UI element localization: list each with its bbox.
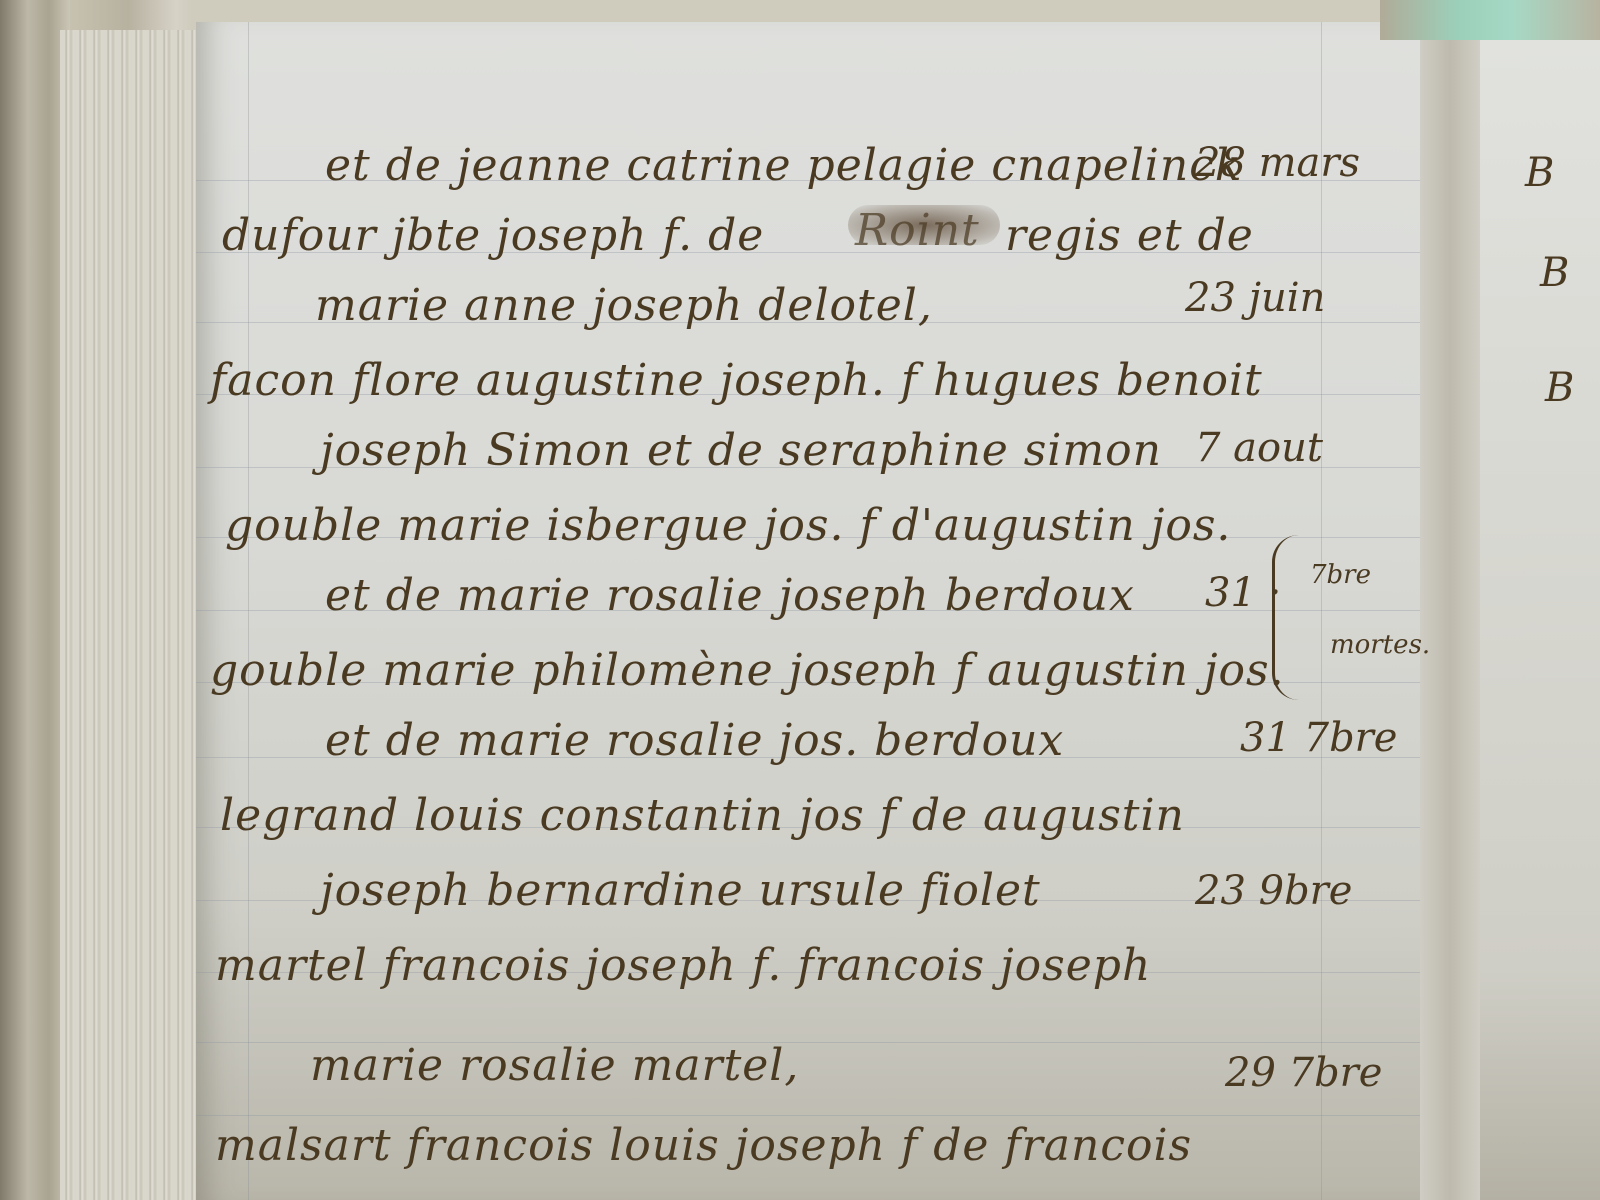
entry-date: 31 7bre [1240,715,1397,761]
entry-line: et de jeanne catrine pelagie cnapelinck [325,140,1243,191]
entry-line: marie anne joseph delotel, [315,280,933,331]
entry-date: 29 7bre [1225,1050,1382,1096]
margin-annotation: mortes. [1330,630,1430,660]
entry-line-cont: regis et de [1005,210,1254,261]
entry-line: gouble marie isbergue jos. f d'augustin … [225,500,1231,551]
entry-line: et de marie rosalie jos. berdoux [325,715,1064,766]
entry-line: marie rosalie martel, [310,1040,799,1091]
register-photo: et de jeanne catrine pelagie cnapelinck … [0,0,1600,1200]
entry-line: joseph Simon et de seraphine simon [320,425,1162,476]
entry-line: malsart francois louis joseph f de franc… [215,1120,1192,1171]
facing-page-letter: B [1540,250,1569,296]
facing-page-letter: B [1545,365,1574,411]
entry-line: dufour jbte joseph f. de [222,210,764,261]
facing-page-letter: B [1525,150,1554,196]
entry-line: gouble marie philomène joseph f augustin… [210,645,1285,696]
entry-line: joseph bernardine ursule fiolet [320,865,1041,916]
entry-date: 23 juin [1185,275,1325,321]
entry-date: 28 mars [1195,140,1360,186]
entry-line: martel francois joseph f. francois josep… [215,940,1151,991]
entry-date: 31 · [1205,570,1281,616]
book-gutter [1420,40,1480,1200]
page-edges [60,30,202,1200]
margin-month: 7bre [1310,560,1371,590]
torn-binding [1380,0,1600,40]
entry-line: et de marie rosalie joseph berdoux [325,570,1135,621]
entry-date: 23 9bre [1195,868,1352,914]
facing-page [1480,40,1600,1200]
entry-line: legrand louis constantin jos f de august… [220,790,1185,841]
entry-line: facon flore augustine joseph. f hugues b… [210,355,1263,406]
struck-word: Roint [855,205,980,256]
entry-date: 7 aout [1195,425,1323,471]
